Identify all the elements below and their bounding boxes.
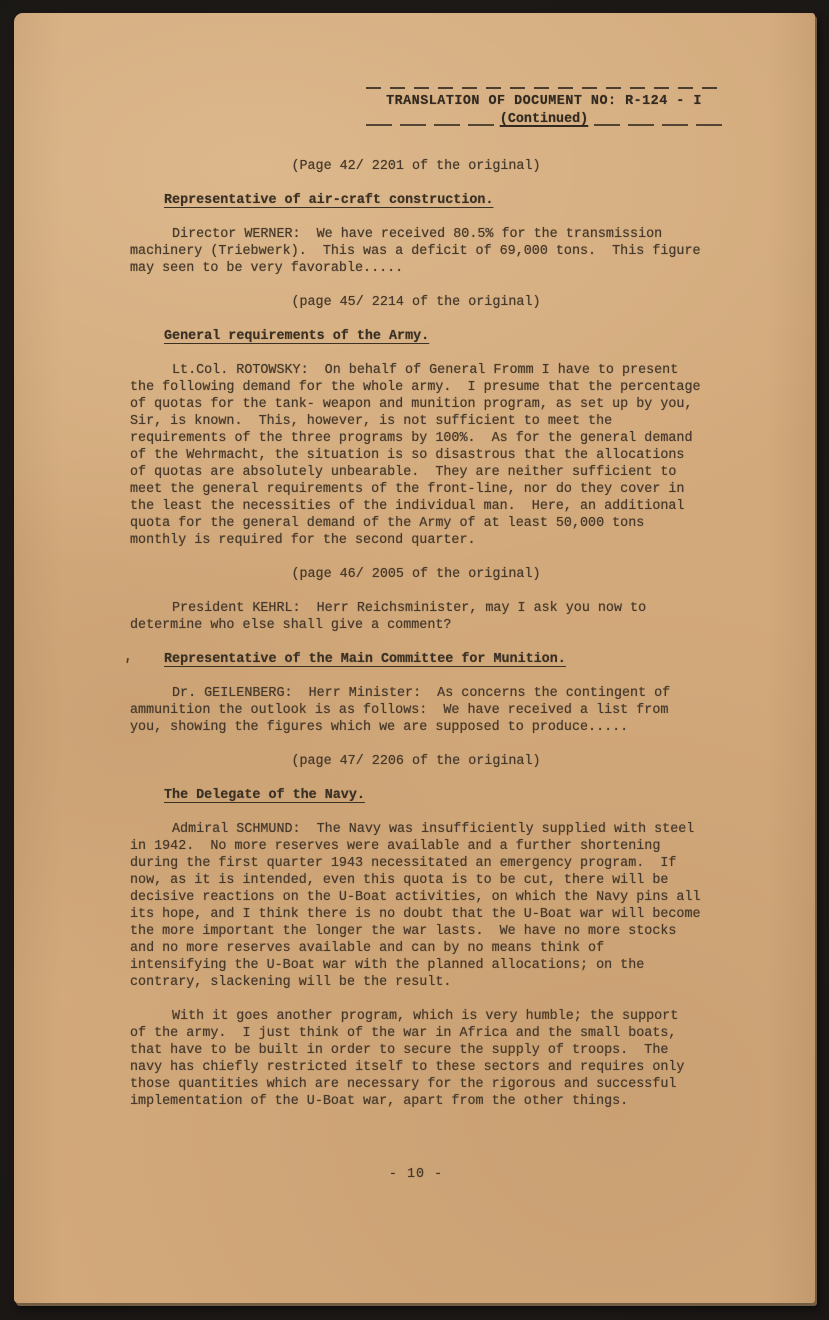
section-heading: Representative of air-craft construction…: [130, 192, 702, 209]
document-scan: TRANSLATION OF DOCUMENT NO: R-124 - I (C…: [0, 0, 829, 1320]
continued-right-rule: [594, 124, 722, 126]
paragraph: Dr. GEILENBERG: Herr Minister: As concer…: [130, 685, 702, 736]
page-ref: (page 47/ 2206 of the original): [130, 753, 702, 770]
document-header: TRANSLATION OF DOCUMENT NO: R-124 - I (C…: [366, 87, 722, 128]
paragraph: Lt.Col. ROTOWSKY: On behalf of General F…: [130, 362, 702, 549]
page-ref: (page 45/ 2214 of the original): [130, 294, 702, 311]
section-heading: Representative of the Main Committee for…: [130, 651, 702, 668]
paragraph: President KEHRL: Herr Reichsminister, ma…: [130, 600, 702, 634]
page-ref: (Page 42/ 2201 of the original): [130, 158, 702, 175]
paragraph: Admiral SCHMUND: The Navy was insufficie…: [130, 821, 702, 991]
paragraph: Director WERNER: We have received 80.5% …: [130, 226, 702, 277]
document-body: (Page 42/ 2201 of the original) Represen…: [130, 158, 702, 1183]
header-dashed-rule: [366, 87, 722, 89]
page-number: - 10 -: [130, 1166, 702, 1183]
page-ref: (page 46/ 2005 of the original): [130, 566, 702, 583]
section-heading: The Delegate of the Navy.: [130, 787, 702, 804]
continued-row: (Continued): [366, 111, 722, 128]
paper: TRANSLATION OF DOCUMENT NO: R-124 - I (C…: [14, 13, 815, 1303]
continued-left-rule: [366, 124, 494, 126]
continued-label: (Continued): [494, 111, 594, 128]
paragraph: With it goes another program, which is v…: [130, 1008, 702, 1110]
document-title: TRANSLATION OF DOCUMENT NO: R-124 - I: [366, 93, 722, 110]
section-heading: General requirements of the Army.: [130, 328, 702, 345]
